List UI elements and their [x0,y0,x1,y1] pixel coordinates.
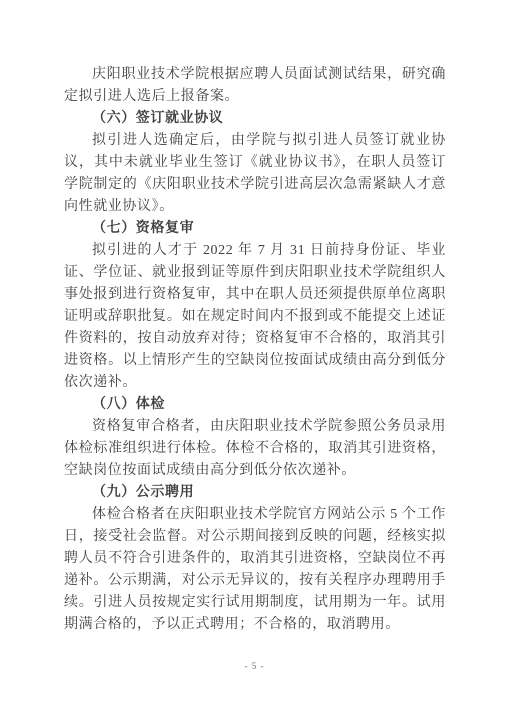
body-paragraph: 庆阳职业技术学院根据应聘人员面试测试结果，研究确定拟引进人选后上报备案。 [64,64,446,108]
section-heading: （九）公示聘用 [64,482,446,504]
body-paragraph: 拟引进的人才于 2022 年 7 月 31 日前持身份证、毕业证、学位证、就业报… [64,240,446,394]
body-paragraph: 体检合格者在庆阳职业技术学院官方网站公示 5 个工作日，接受社会监督。对公示期间… [64,504,446,636]
page-number: - 5 - [0,661,509,671]
body-paragraph: 拟引进人选确定后，由学院与拟引进人员签订就业协议，其中未就业毕业生签订《就业协议… [64,130,446,218]
section-heading: （八）体检 [64,394,446,416]
section-heading: （七）资格复审 [64,218,446,240]
document-page: 庆阳职业技术学院根据应聘人员面试测试结果，研究确定拟引进人选后上报备案。（六）签… [0,0,509,720]
section-heading: （六）签订就业协议 [64,108,446,130]
body-paragraph: 资格复审合格者，由庆阳职业技术学院参照公务员录用体检标准组织进行体检。体检不合格… [64,416,446,482]
document-body: 庆阳职业技术学院根据应聘人员面试测试结果，研究确定拟引进人选后上报备案。（六）签… [64,64,446,636]
